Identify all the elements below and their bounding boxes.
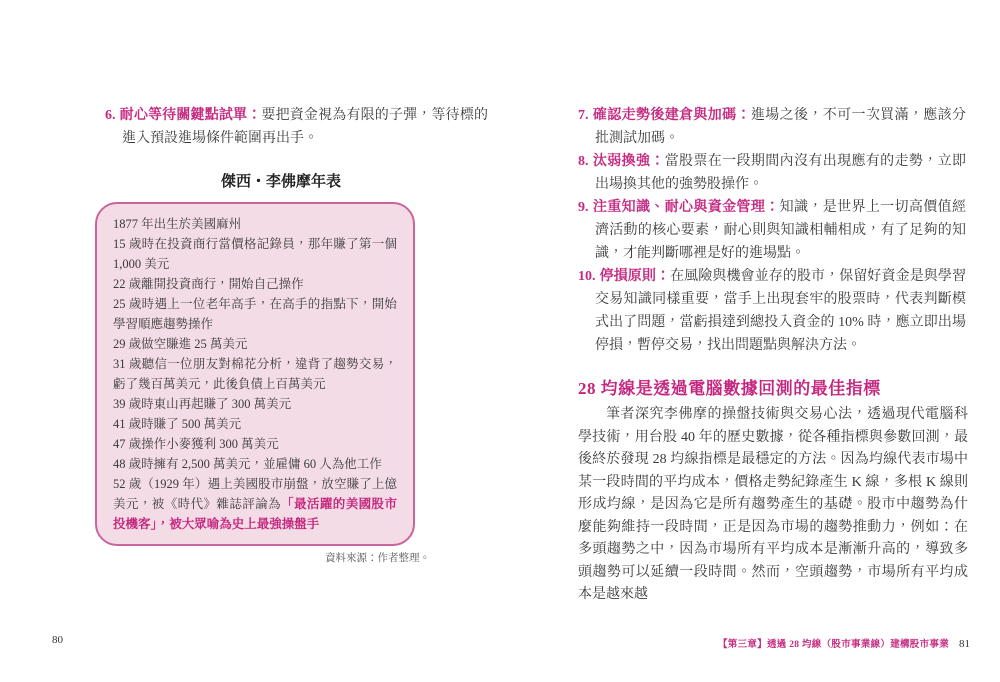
book-spread: { "colors": { "accent": "#c4257e", "box_… xyxy=(0,0,1000,682)
rule-item: 8.汰弱換強：當股票在一段期間內沒有出現應有的走勢，立即出場換其他的強勢股操作。 xyxy=(578,150,966,196)
rule-number: 9. xyxy=(578,200,589,215)
rule-number: 6. xyxy=(105,108,116,123)
page-number-right: 81 xyxy=(959,638,970,650)
timeline-entry: 48 歲時擁有 2,500 萬美元，並雇傭 60 人為他工作 xyxy=(113,454,397,474)
body-paragraph: 筆者深究李佛摩的操盤技術與交易心法，透過現代電腦科學技術，用台股 40 年的歷史… xyxy=(578,404,968,607)
page-left: 6.耐心等待關鍵點試單：要把資金視為有限的子彈，等待標的進入預設進場條件範圍再出… xyxy=(85,0,477,682)
timeline-entry: 25 歲時遇上一位老年高手，在高手的指點下，開始學習順應趨勢操作 xyxy=(113,294,397,334)
timeline-entry: 39 歲時東山再起賺了 300 萬美元 xyxy=(113,394,397,414)
footer-chapter-label: 【第三章】透過 28 均線（股市事業線）建構股市事業 xyxy=(718,640,949,650)
rule-number: 8. xyxy=(578,154,589,169)
timeline-entry: 47 歲操作小麥獲利 300 萬美元 xyxy=(113,434,397,454)
section-heading: 28 均線是透過電腦數據回測的最佳指標 xyxy=(578,374,970,399)
timeline-entry: 15 歲時在投資商行當價格記錄員，那年賺了第一個 1,000 美元 xyxy=(113,234,397,274)
timeline-entry: 29 歲做空賺進 25 萬美元 xyxy=(113,334,397,354)
timeline-entry: 22 歲離開投資商行，開始自己操作 xyxy=(113,274,397,294)
rule-title: 汰弱換強： xyxy=(593,154,665,169)
rule-title: 耐心等待關鍵點試單： xyxy=(120,108,262,123)
timeline-entry: 1877 年出生於美國麻州 xyxy=(113,214,397,234)
rule-title: 注重知識、耐心與資金管理： xyxy=(593,200,780,215)
rule-item: 9.注重知識、耐心與資金管理：知識，是世界上一切高價值經濟活動的核心要素，耐心則… xyxy=(578,196,966,265)
rule-item: 7.確認走勢後建倉與加碼：進場之後，不可一次買滿，應該分批測試加碼。 xyxy=(578,104,966,150)
rule-number: 10. xyxy=(578,269,596,284)
timeline-heading: 傑西・李佛摩年表 xyxy=(85,170,477,191)
rules-list: 7.確認走勢後建倉與加碼：進場之後，不可一次買滿，應該分批測試加碼。8.汰弱換強… xyxy=(578,104,966,357)
rule-number: 7. xyxy=(578,108,589,123)
page-right: 7.確認走勢後建倉與加碼：進場之後，不可一次買滿，應該分批測試加碼。8.汰弱換強… xyxy=(578,0,970,682)
rule-item-6: 6.耐心等待關鍵點試單：要把資金視為有限的子彈，等待標的進入預設進場條件範圍再出… xyxy=(105,104,488,150)
timeline-box: 1877 年出生於美國麻州15 歲時在投資商行當價格記錄員，那年賺了第一個 1,… xyxy=(95,202,415,546)
timeline-entry: 31 歲聽信一位朋友對棉花分析，違背了趨勢交易，虧了幾百萬美元，此後負債上百萬美… xyxy=(113,354,397,394)
rule-title: 停損原則： xyxy=(600,269,671,284)
page-number-left: 80 xyxy=(52,634,63,646)
rule-title: 確認走勢後建倉與加碼： xyxy=(593,108,751,123)
rule-item: 10.停損原則：在風險與機會並存的股市，保留好資金是與學習交易知識同樣重要，當手… xyxy=(578,265,966,357)
chapter-footer: 【第三章】透過 28 均線（股市事業線）建構股市事業81 xyxy=(578,634,970,652)
source-note: 資料來源：作者整理。 xyxy=(85,550,430,565)
timeline-entry: 52 歲（1929 年）遇上美國股市崩盤，放空賺了上億美元，被《時代》雜誌評論為… xyxy=(113,474,397,534)
timeline-entry: 41 歲時賺了 500 萬美元 xyxy=(113,414,397,434)
